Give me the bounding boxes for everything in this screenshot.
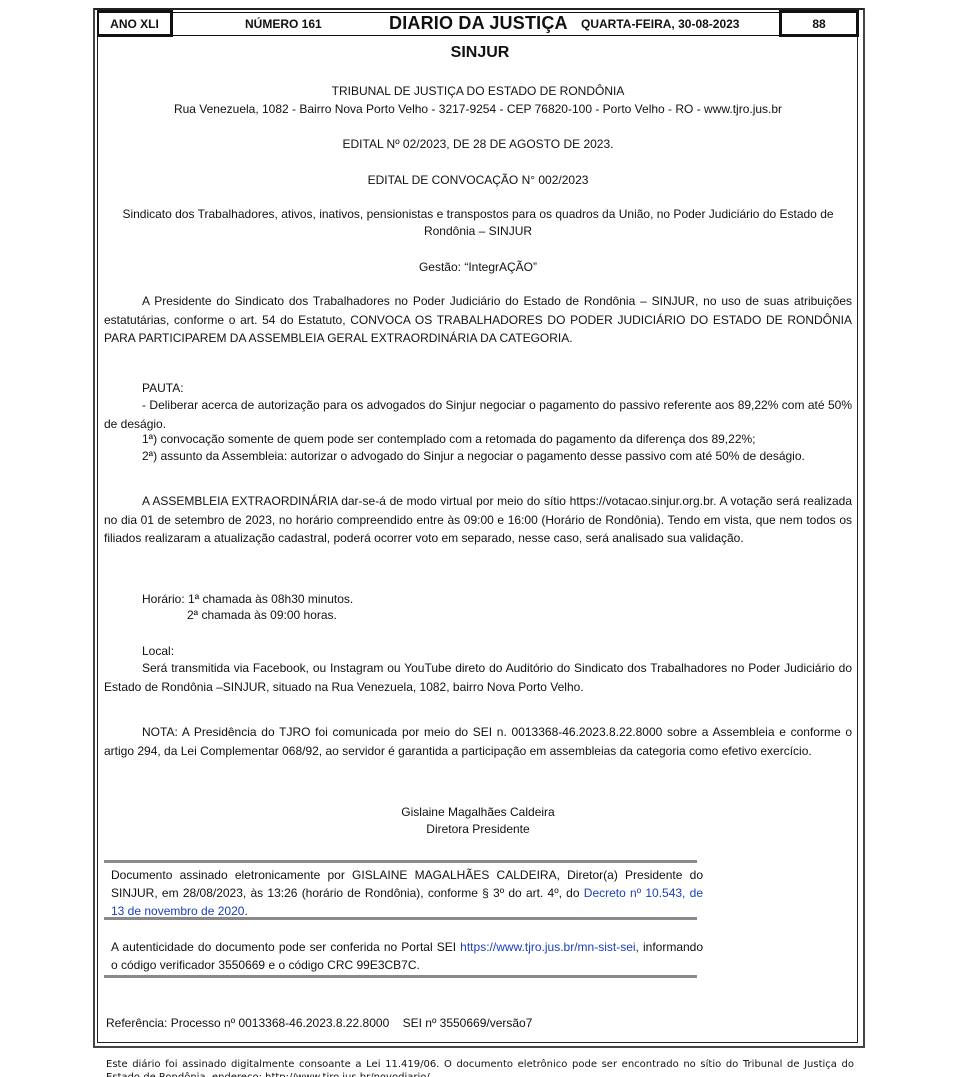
journal-title: DIARIO DA JUSTIÇA [389,13,568,34]
pauta-point-1: 1ª) convocação somente de quem pode ser … [104,430,852,449]
electronic-signature-note: Documento assinado eletronicamente por G… [111,866,703,920]
issue-number: NÚMERO 161 [245,17,322,31]
assembleia-paragraph: A ASSEMBLEIA EXTRAORDINÁRIA dar-se-á de … [104,492,852,548]
pauta-item: - Deliberar acerca de autorização para o… [104,396,852,433]
court-name: TRIBUNAL DE JUSTIÇA DO ESTADO DE RONDÔNI… [104,83,852,100]
separator-top [104,860,697,863]
nota-paragraph: NOTA: A Presidência do TJRO foi comunica… [104,723,852,760]
signed-end: . [244,904,247,918]
auth-text: A autenticidade do documento pode ser co… [111,940,460,954]
issue-date: QUARTA-FEIRA, 30-08-2023 [581,17,739,31]
sindicato-line-2: Rondônia – SINJUR [104,223,852,240]
horario-line-2: 2ª chamada às 09:00 horas. [104,606,852,625]
authenticity-note: A autenticidade do documento pode ser co… [111,938,703,974]
page-number: 88 [779,10,859,37]
separator-bottom [104,975,697,978]
convocacao-heading: EDITAL DE CONVOCAÇÃO N° 002/2023 [104,172,852,189]
intro-paragraph: A Presidente do Sindicato dos Trabalhado… [104,292,852,348]
gestao-label: Gestão: “IntegrAÇÃO” [104,259,852,276]
process-reference: Referência: Processo nº 0013368-46.2023.… [106,1014,806,1032]
separator-middle [104,917,697,920]
journal-footer: Este diário foi assinado digitalmente co… [106,1058,854,1077]
court-address: Rua Venezuela, 1082 - Bairro Nova Porto … [104,101,852,118]
year-box: ANO XLI [97,10,173,37]
pauta-point-2: 2ª) assunto da Assembleia: autorizar o a… [104,447,852,466]
edital-heading: EDITAL Nº 02/2023, DE 28 DE AGOSTO DE 20… [104,136,852,153]
signer-name: Gislaine Magalhães Caldeira [104,804,852,821]
sei-portal-link[interactable]: https://www.tjro.jus.br/mn-sist-sei [460,940,635,954]
pauta-label: PAUTA: [104,379,852,398]
local-label: Local: [104,642,852,661]
sindicato-line-1: Sindicato dos Trabalhadores, ativos, ina… [104,206,852,223]
section-title: SINJUR [0,44,960,62]
sindicato-description: Sindicato dos Trabalhadores, ativos, ina… [104,206,852,240]
journal-header: ANO XLI NÚMERO 161 DIARIO DA JUSTIÇA QUA… [93,8,865,36]
local-paragraph: Será transmitida via Facebook, ou Instag… [104,659,852,696]
signer-role: Diretora Presidente [104,821,852,838]
